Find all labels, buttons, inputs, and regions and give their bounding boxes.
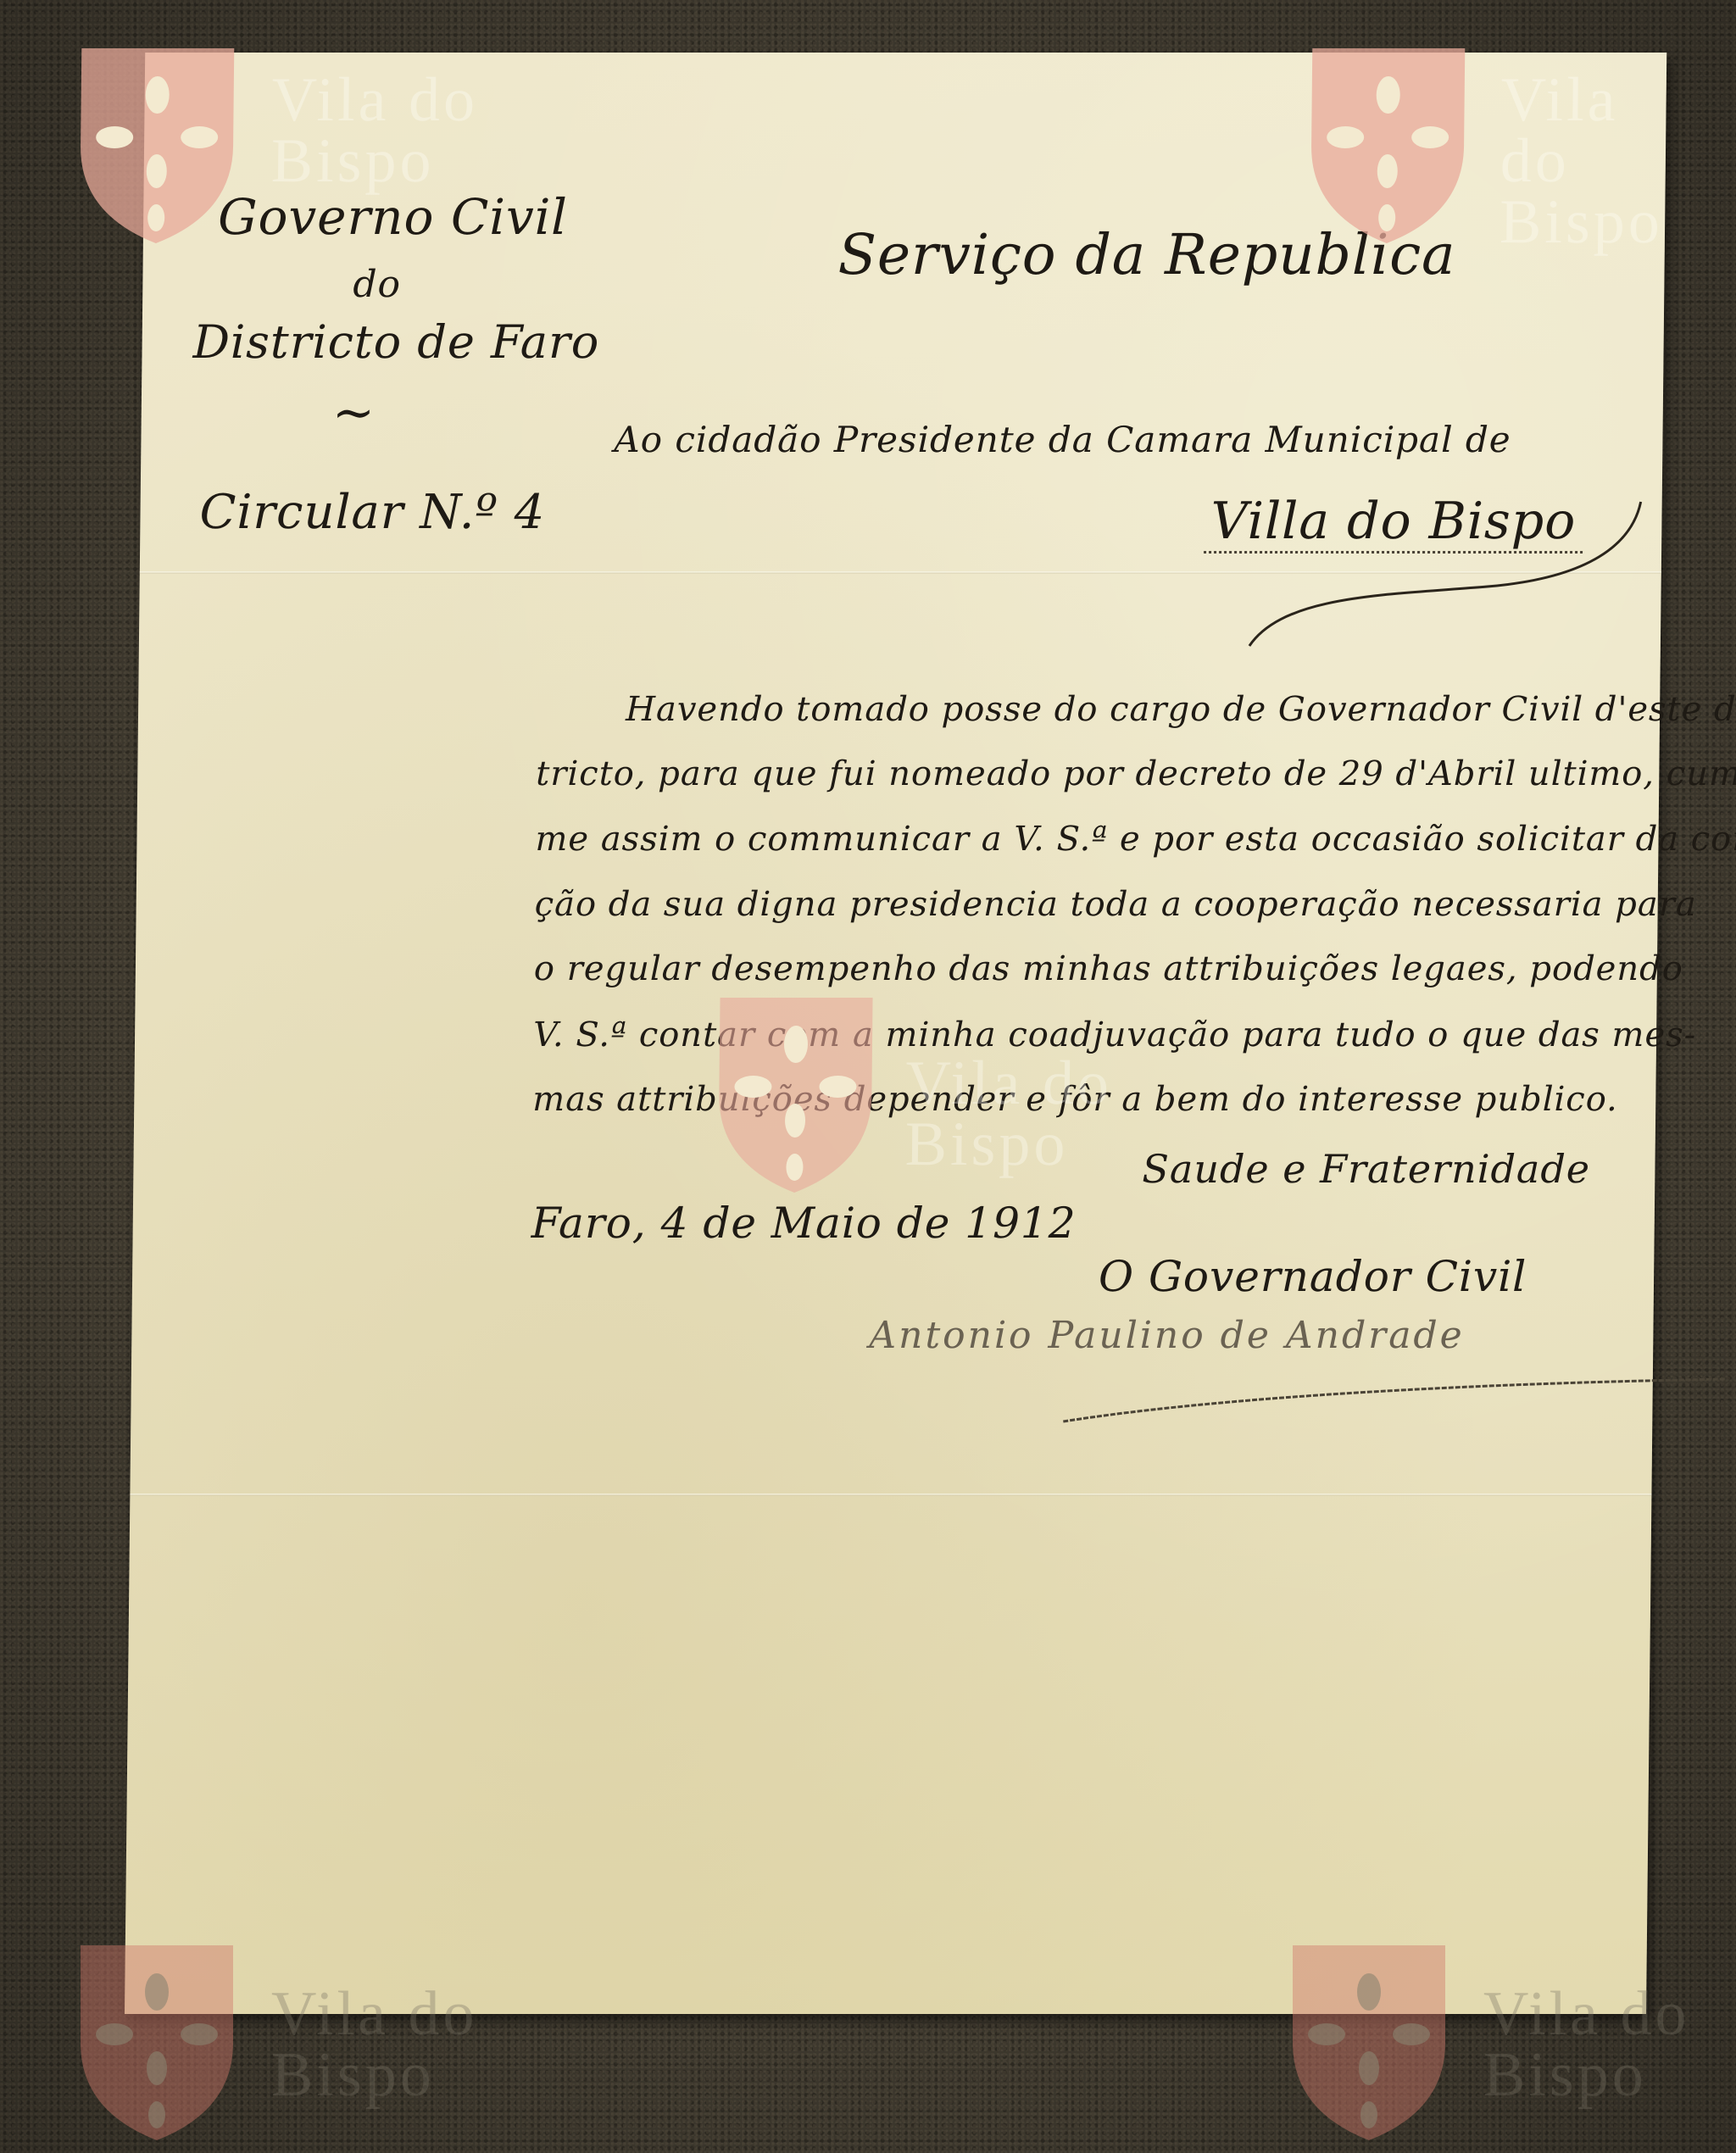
watermark-text-bottom-left: Vila doBispo <box>271 1983 477 2106</box>
closing-salutation: Saude e Fraternidade <box>1142 1146 1590 1192</box>
body-line-5: o regular desempenho das minhas attribui… <box>534 949 1683 988</box>
circular-number: Circular N.º 4 <box>199 485 545 540</box>
watermark-shield-bottom-right <box>1288 1941 1449 2145</box>
addressee-line: Ao cidadão Presidente da Camara Municipa… <box>614 419 1511 460</box>
fold-line-lower <box>130 1494 1651 1496</box>
signature: Antonio Paulino de Andrade <box>869 1314 1465 1357</box>
watermark-shield-top-right <box>1306 44 1470 248</box>
watermark-text-center: Vila doBispo <box>904 1053 1112 1175</box>
body-line-3: me assim o communicar a V. S.ª e por est… <box>535 820 1736 859</box>
letterhead-line2: do <box>353 263 401 306</box>
letterhead-ornament: ~ <box>331 383 376 442</box>
watermark-text-top-left: Vila doBispo <box>271 70 479 192</box>
body-line-4: ção da sua digna presidencia toda a coop… <box>534 885 1696 924</box>
watermark-text-top-right: Vila doBispo <box>1500 70 1666 253</box>
letterhead-line3: Districto de Faro <box>192 315 599 369</box>
signature-underline <box>1054 1362 1733 1430</box>
watermark-shield-bottom-left <box>76 1941 237 2145</box>
letter-paper: Governo Civil do Districto de Faro ~ Cir… <box>125 53 1666 2014</box>
body-line-2: tricto, para que fui nomeado por decreto… <box>536 754 1736 793</box>
letterhead-line1: Governo Civil <box>218 188 568 246</box>
watermark-text-bottom-right: Vila doBispo <box>1483 1983 1689 2106</box>
watermark-shield-top-left <box>75 44 239 248</box>
signatory-title: O Governador Civil <box>1099 1252 1527 1301</box>
addressee-flourish <box>1232 493 1709 663</box>
watermark-shield-center <box>714 993 877 1197</box>
body-line-6: V. S.ª contar com a minha coadjuvação pa… <box>533 1015 1697 1054</box>
date-line: Faro, 4 de Maio de 1912 <box>531 1199 1076 1248</box>
body-line-1: Havendo tomado posse do cargo de Governa… <box>626 690 1736 729</box>
